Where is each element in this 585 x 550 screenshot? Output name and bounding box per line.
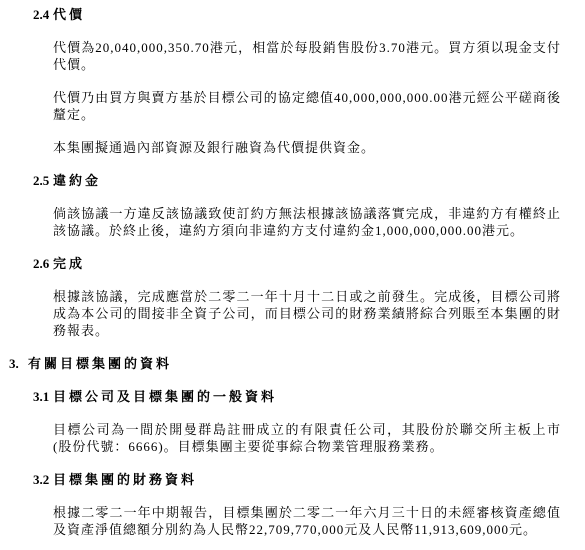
section-heading-3: 3. 有關目標集團的資料 bbox=[9, 355, 561, 372]
section-title: 有關目標集團的資料 bbox=[28, 355, 172, 372]
paragraph-target-financial-info: 根據二零二一年中期報告，目標集團於二零二一年六月三十日的未經審核資產總值及資產淨… bbox=[53, 504, 561, 538]
paragraph-consideration-funding: 本集團擬通過內部資源及銀行融資為代價提供資金。 bbox=[53, 139, 561, 156]
section-heading-3-2: 3.2 目標集團的財務資料 bbox=[9, 471, 561, 488]
paragraph-penalty: 倘該協議一方違反該協議致使訂約方無法根據該協議落實完成，非違約方有權終止該協議。… bbox=[53, 205, 561, 239]
paragraph-target-general-info: 目標公司為一間於開曼群島註冊成立的有限責任公司，其股份於聯交所主板上市(股份代號… bbox=[53, 421, 561, 455]
section-title: 目標公司及目標集團的一般資料 bbox=[53, 388, 277, 405]
paragraph-consideration-basis: 代價乃由買方與賣方基於目標公司的協定總值40,000,000,000.00港元經… bbox=[53, 89, 561, 123]
paragraph-consideration-amount: 代價為20,040,000,350.70港元，相當於每股銷售股份3.70港元。買… bbox=[53, 39, 561, 73]
section-title: 目標集團的財務資料 bbox=[53, 471, 197, 488]
section-heading-2-5: 2.5 違約金 bbox=[9, 172, 561, 189]
section-number: 3.1 bbox=[33, 388, 53, 405]
section-number: 2.6 bbox=[33, 255, 53, 272]
section-title: 代價 bbox=[53, 6, 85, 23]
section-number: 2.4 bbox=[33, 6, 53, 23]
document-page: 2.4 代價 代價為20,040,000,350.70港元，相當於每股銷售股份3… bbox=[0, 0, 585, 550]
paragraph-completion: 根據該協議，完成應當於二零二一年十月十二日或之前發生。完成後，目標公司將成為本公… bbox=[53, 288, 561, 339]
section-title: 完成 bbox=[53, 255, 85, 272]
section-heading-3-1: 3.1 目標公司及目標集團的一般資料 bbox=[9, 388, 561, 405]
section-title: 違約金 bbox=[53, 172, 101, 189]
section-heading-2-4: 2.4 代價 bbox=[9, 6, 561, 23]
section-number: 3.2 bbox=[33, 471, 53, 488]
section-heading-2-6: 2.6 完成 bbox=[9, 255, 561, 272]
section-number: 3. bbox=[9, 355, 28, 372]
section-number: 2.5 bbox=[33, 172, 53, 189]
